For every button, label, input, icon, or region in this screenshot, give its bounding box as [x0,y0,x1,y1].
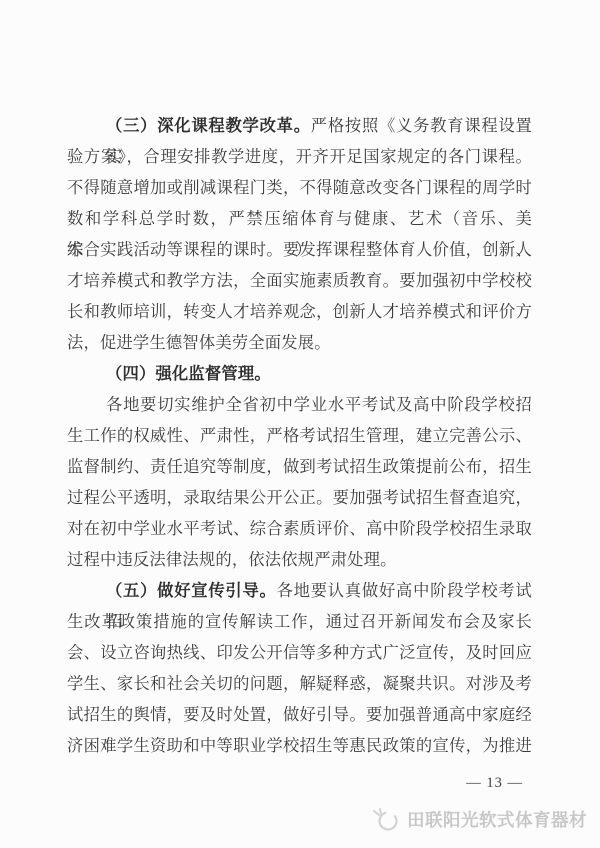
section-heading: （三）深化课程教学改革。 [106,116,311,135]
text-line: 才培养模式和教学方法，全面实施素质教育。要加强初中学校校 [67,265,532,296]
text-segment: 学生、家长和社会关切的问题，解疑释惑，凝聚共识。对涉及考 [67,674,532,693]
text-line: 学生、家长和社会关切的问题，解疑释惑，凝聚共识。对涉及考 [67,668,532,699]
text-line: 长和教师培训，转变人才培养观念，创新人才培养模式和评价方 [67,296,532,327]
section-heading: （五）做好宣传引导。 [106,581,277,600]
text-segment: 生工作的权威性、严肃性，严格考试招生管理，建立完善公示、 [67,426,532,445]
page-number: — 13 — [466,775,523,792]
watermark-text: 田联阳光软式体育器材 [407,807,587,832]
watermark: 田联阳光软式体育器材 [371,804,587,834]
text-segment: 过程公平透明，录取结果公开公正。要加强考试招生督查追究， [67,488,532,507]
text-line: 对在初中学业水平考试、综合素质评价、高中阶段学校招生录取 [67,513,532,544]
text-line: 过程公平透明，录取结果公开公正。要加强考试招生督查追究， [67,482,532,513]
text-segment: 不得随意增加或削减课程门类，不得随意改变各门课程的周学时 [67,178,532,197]
text-line: 不得随意增加或削减课程门类，不得随意改变各门课程的周学时 [67,172,532,203]
text-line: （五）做好宣传引导。各地要认真做好高中阶段学校考试招 [67,575,532,606]
sun-runner-logo-icon [371,804,401,834]
text-segment: 济困难学生资助和中等职业学校招生等惠民政策的宣传，为推进 [67,736,532,755]
text-segment: 长和教师培训，转变人才培养观念，创新人才培养模式和评价方 [67,302,532,321]
text-line: （四）强化监督管理。 [67,358,532,389]
text-line: 验方案》，合理安排教学进度，开齐开足国家规定的各门课程。 [67,141,532,172]
document-body: （三）深化课程教学改革。严格按照《义务教育课程设置实验方案》，合理安排教学进度，… [67,110,532,761]
text-line: 济困难学生资助和中等职业学校招生等惠民政策的宣传，为推进 [67,730,532,761]
text-line: 生工作的权威性、严肃性，严格考试招生管理，建立完善公示、 [67,420,532,451]
document-page: （三）深化课程教学改革。严格按照《义务教育课程设置实验方案》，合理安排教学进度，… [0,0,600,848]
text-segment: 验方案》，合理安排教学进度，开齐开足国家规定的各门课程。 [67,147,532,166]
text-segment: 对在初中学业水平考试、综合素质评价、高中阶段学校招生录取 [67,519,532,538]
text-line: 各地要切实维护全省初中学业水平考试及高中阶段学校招 [67,389,532,420]
text-line: 生改革政策措施的宣传解读工作，通过召开新闻发布会及家长 [67,606,532,637]
text-segment: 才培养模式和教学方法，全面实施素质教育。要加强初中学校校 [67,271,532,290]
text-line: 数和学科总学时数，严禁压缩体育与健康、艺术（音乐、美术）、 [67,203,532,234]
text-segment: 过程中违反法律法规的，依法依规严肃处理。 [67,550,397,569]
text-segment: 各地要切实维护全省初中学业水平考试及高中阶段学校招 [106,395,532,414]
text-segment: 法，促进学生德智体美劳全面发展。 [67,333,331,352]
text-segment: 监督制约、责任追究等制度，做到考试招生政策提前公布，招生 [67,457,532,476]
text-line: （三）深化课程教学改革。严格按照《义务教育课程设置实 [67,110,532,141]
text-line: 会、设立咨询热线、印发公开信等多种方式广泛宣传，及时回应 [67,637,532,668]
text-segment: 综合实践活动等课程的课时。要发挥课程整体育人价值，创新人 [67,240,532,259]
section-heading: （四）强化监督管理。 [106,364,271,383]
text-segment: 试招生的舆情，要及时处置，做好引导。要加强普通高中家庭经 [67,705,532,724]
text-line: 过程中违反法律法规的，依法依规严肃处理。 [67,544,532,575]
text-line: 试招生的舆情，要及时处置，做好引导。要加强普通高中家庭经 [67,699,532,730]
text-line: 法，促进学生德智体美劳全面发展。 [67,327,532,358]
text-segment: 生改革政策措施的宣传解读工作，通过召开新闻发布会及家长 [67,612,532,631]
text-line: 监督制约、责任追究等制度，做到考试招生政策提前公布，招生 [67,451,532,482]
text-line: 综合实践活动等课程的课时。要发挥课程整体育人价值，创新人 [67,234,532,265]
text-segment: 会、设立咨询热线、印发公开信等多种方式广泛宣传，及时回应 [67,643,532,662]
